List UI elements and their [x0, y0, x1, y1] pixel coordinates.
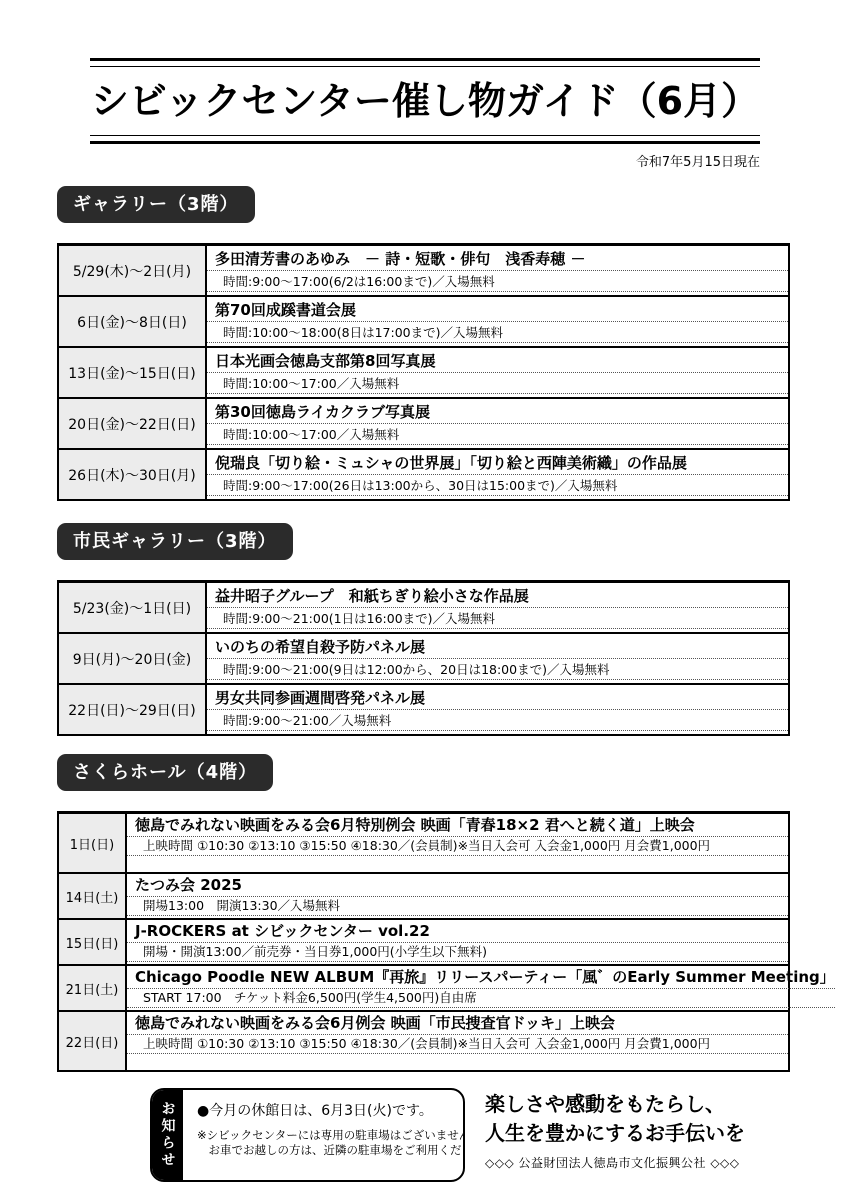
organization-name: ◇◇◇ 公益財団法人徳島市文化振興公社 ◇◇◇ — [485, 1154, 745, 1171]
event-title: いのちの希望自殺予防パネル展 — [207, 634, 788, 659]
event-date: 15日(日) — [59, 920, 127, 964]
table-row: 9日(月)～20日(金) いのちの希望自殺予防パネル展 時間:9:00～21:0… — [59, 634, 788, 685]
event-date: 13日(金)～15日(日) — [59, 348, 207, 397]
sakura-hall-table: 1日(日) 徳島でみれない映画をみる会6月特別例会 映画「青春18×2 君へと続… — [57, 811, 790, 1072]
event-detail: 時間:10:00～17:00／入場無料 — [207, 424, 788, 445]
event-cell: 徳島でみれない映画をみる会6月特別例会 映画「青春18×2 君へと続く道」上映会… — [127, 814, 788, 872]
table-row: 5/29(木)～2日(月) 多田清芳書のあゆみ － 詩・短歌・俳句 浅香寿穂 －… — [59, 246, 788, 297]
notice-box: お知らせ ●今月の休館日は、6月3日(火)です。 ※シビックセンターには専用の駐… — [150, 1088, 465, 1182]
citizens-gallery-table: 5/23(金)～1日(日) 益井昭子グループ 和紙ちぎり絵小さな作品展 時間:9… — [57, 580, 790, 736]
event-title: 益井昭子グループ 和紙ちぎり絵小さな作品展 — [207, 583, 788, 608]
table-row: 22日(日) 徳島でみれない映画をみる会6月例会 映画「市民捜査官ドッキ」上映会… — [59, 1012, 788, 1070]
event-date: 22日(日) — [59, 1012, 127, 1070]
event-detail: 開場・開演13:00／前売券・当日券1,000円(小学生以下無料) — [127, 943, 788, 962]
event-title: 徳島でみれない映画をみる会6月特別例会 映画「青春18×2 君へと続く道」上映会 — [127, 814, 788, 837]
event-date: 22日(日)～29日(日) — [59, 685, 207, 734]
event-cell: たつみ会 2025 開場13:00 開演13:30／入場無料 — [127, 874, 788, 918]
slogan-line-2: 人生を豊かにするお手伝いを — [485, 1119, 745, 1148]
event-detail: 時間:10:00～18:00(8日は17:00まで)／入場無料 — [207, 322, 788, 343]
notice-closed-day: ●今月の休館日は、6月3日(火)です。 — [197, 1102, 465, 1121]
event-detail: 時間:9:00～17:00(6/2は16:00まで)／入場無料 — [207, 271, 788, 292]
table-row: 6日(金)～8日(日) 第70回成蹊書道会展 時間:10:00～18:00(8日… — [59, 297, 788, 348]
event-detail: 時間:9:00～21:00(1日は16:00まで)／入場無料 — [207, 608, 788, 629]
bottom-area: お知らせ ●今月の休館日は、6月3日(火)です。 ※シビックセンターには専用の駐… — [150, 1088, 790, 1182]
event-cell: 男女共同参画週間啓発パネル展 時間:9:00～21:00／入場無料 — [207, 685, 788, 734]
page-title: シビックセンター催し物ガイド（6月） — [90, 75, 760, 127]
event-detail: START 17:00 チケット料金6,500円(学生4,500円)自由席 — [127, 989, 835, 1008]
table-row: 21日(土) Chicago Poodle NEW ALBUM『再旅』リリースパ… — [59, 966, 788, 1012]
notice-parking-1: ※シビックセンターには専用の駐車場はございません。 — [197, 1128, 465, 1143]
event-title: 多田清芳書のあゆみ － 詩・短歌・俳句 浅香寿穂 － — [207, 246, 788, 271]
event-date: 1日(日) — [59, 814, 127, 872]
section-badge-sakura-hall: さくらホール（4階） — [57, 754, 273, 791]
slogan-line-1: 楽しさや感動をもたらし、 — [485, 1090, 745, 1119]
event-title: 第30回徳島ライカクラブ写真展 — [207, 399, 788, 424]
event-detail: 上映時間 ①10:30 ②13:10 ③15:50 ④18:30／(会員制)※当… — [127, 837, 788, 856]
event-cell: 第70回成蹊書道会展 時間:10:00～18:00(8日は17:00まで)／入場… — [207, 297, 788, 346]
event-date: 21日(土) — [59, 966, 127, 1010]
event-cell: J-ROCKERS at シビックセンター vol.22 開場・開演13:00／… — [127, 920, 788, 964]
event-cell: Chicago Poodle NEW ALBUM『再旅』リリースパーティー「風゛… — [127, 966, 835, 1010]
event-cell: いのちの希望自殺予防パネル展 時間:9:00～21:00(9日は12:00から、… — [207, 634, 788, 683]
notice-parking-2: お車でお越しの方は、近隣の駐車場をご利用ください。 — [197, 1143, 465, 1158]
event-cell: 第30回徳島ライカクラブ写真展 時間:10:00～17:00／入場無料 — [207, 399, 788, 448]
notice-body: ●今月の休館日は、6月3日(火)です。 ※シビックセンターには専用の駐車場はござ… — [183, 1090, 465, 1180]
event-cell: 多田清芳書のあゆみ － 詩・短歌・俳句 浅香寿穂 － 時間:9:00～17:00… — [207, 246, 788, 295]
event-title: 日本光画会徳島支部第8回写真展 — [207, 348, 788, 373]
table-row: 1日(日) 徳島でみれない映画をみる会6月特別例会 映画「青春18×2 君へと続… — [59, 814, 788, 874]
event-detail: 時間:9:00～17:00(26日は13:00から、30日は15:00まで)／入… — [207, 475, 788, 496]
event-title: Chicago Poodle NEW ALBUM『再旅』リリースパーティー「風゛… — [127, 966, 835, 989]
blank-line — [127, 1054, 788, 1068]
event-date: 9日(月)～20日(金) — [59, 634, 207, 683]
blank-line — [127, 856, 788, 870]
event-title: 男女共同参画週間啓発パネル展 — [207, 685, 788, 710]
event-detail: 時間:9:00～21:00／入場無料 — [207, 710, 788, 731]
title-block: シビックセンター催し物ガイド（6月） — [90, 58, 760, 144]
footer-text: 楽しさや感動をもたらし、 人生を豊かにするお手伝いを ◇◇◇ 公益財団法人徳島市… — [485, 1088, 745, 1182]
event-title: 倪瑞良「切り絵・ミュシャの世界展」「切り絵と西陣美術織」の作品展 — [207, 450, 788, 475]
event-detail: 開場13:00 開演13:30／入場無料 — [127, 897, 788, 916]
title-rule-bottom — [90, 135, 760, 144]
event-cell: 徳島でみれない映画をみる会6月例会 映画「市民捜査官ドッキ」上映会 上映時間 ①… — [127, 1012, 788, 1070]
gallery-table: 5/29(木)～2日(月) 多田清芳書のあゆみ － 詩・短歌・俳句 浅香寿穂 －… — [57, 243, 790, 501]
event-cell: 倪瑞良「切り絵・ミュシャの世界展」「切り絵と西陣美術織」の作品展 時間:9:00… — [207, 450, 788, 499]
section-badge-citizens-gallery: 市民ギャラリー（3階） — [57, 523, 293, 560]
table-row: 5/23(金)～1日(日) 益井昭子グループ 和紙ちぎり絵小さな作品展 時間:9… — [59, 583, 788, 634]
table-row: 15日(日) J-ROCKERS at シビックセンター vol.22 開場・開… — [59, 920, 788, 966]
event-date: 6日(金)～8日(日) — [59, 297, 207, 346]
section-badge-gallery: ギャラリー（3階） — [57, 186, 255, 223]
event-detail: 時間:10:00～17:00／入場無料 — [207, 373, 788, 394]
table-row: 14日(土) たつみ会 2025 開場13:00 開演13:30／入場無料 — [59, 874, 788, 920]
event-date: 26日(木)～30日(月) — [59, 450, 207, 499]
notice-label: お知らせ — [152, 1090, 183, 1180]
event-title: たつみ会 2025 — [127, 874, 788, 897]
table-row: 26日(木)～30日(月) 倪瑞良「切り絵・ミュシャの世界展」「切り絵と西陣美術… — [59, 450, 788, 499]
event-title: 第70回成蹊書道会展 — [207, 297, 788, 322]
table-row: 20日(金)～22日(日) 第30回徳島ライカクラブ写真展 時間:10:00～1… — [59, 399, 788, 450]
table-row: 22日(日)～29日(日) 男女共同参画週間啓発パネル展 時間:9:00～21:… — [59, 685, 788, 734]
event-date: 20日(金)～22日(日) — [59, 399, 207, 448]
event-detail: 上映時間 ①10:30 ②13:10 ③15:50 ④18:30／(会員制)※当… — [127, 1035, 788, 1054]
event-date: 5/23(金)～1日(日) — [59, 583, 207, 632]
event-title: 徳島でみれない映画をみる会6月例会 映画「市民捜査官ドッキ」上映会 — [127, 1012, 788, 1035]
table-row: 13日(金)～15日(日) 日本光画会徳島支部第8回写真展 時間:10:00～1… — [59, 348, 788, 399]
event-cell: 益井昭子グループ 和紙ちぎり絵小さな作品展 時間:9:00～21:00(1日は1… — [207, 583, 788, 632]
title-rule-top — [90, 58, 760, 67]
event-date: 5/29(木)～2日(月) — [59, 246, 207, 295]
event-detail: 時間:9:00～21:00(9日は12:00から、20日は18:00まで)／入場… — [207, 659, 788, 680]
event-cell: 日本光画会徳島支部第8回写真展 時間:10:00～17:00／入場無料 — [207, 348, 788, 397]
event-title: J-ROCKERS at シビックセンター vol.22 — [127, 920, 788, 943]
page: シビックセンター催し物ガイド（6月） 令和7年5月15日現在 ギャラリー（3階）… — [0, 0, 848, 1182]
event-date: 14日(土) — [59, 874, 127, 918]
as-of-date: 令和7年5月15日現在 — [57, 151, 760, 170]
